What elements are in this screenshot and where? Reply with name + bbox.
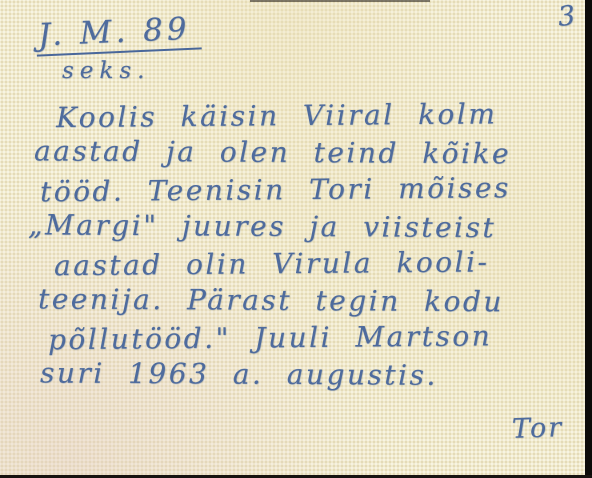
subject-label: seks.: [62, 58, 150, 84]
text-line-4: „Margi" juures ja viisteist: [26, 206, 582, 246]
text-line-7: põllutööd." Juuli Martson: [26, 317, 582, 359]
scanned-manuscript-card: J. M. 89 3 seks. Koolis käisin Viiral ko…: [0, 0, 592, 478]
handwritten-text-block: Koolis käisin Viiral kolm aastad ja olen…: [26, 97, 582, 393]
text-line-6: teenija. Pärast tegin kodu: [26, 280, 582, 320]
text-line-1: Koolis käisin Viiral kolm: [26, 95, 582, 137]
scan-edge-top: [250, 0, 430, 2]
scan-edge-right: [585, 0, 592, 478]
archive-code: J. M. 89: [35, 10, 201, 56]
page-number: 3: [556, 0, 576, 33]
text-line-5: aastad olin Virula kooli-: [26, 243, 582, 285]
text-line-3: tööd. Teenisin Tori mõises: [26, 169, 582, 211]
text-line-2: aastad ja olen teind kõike: [26, 132, 582, 172]
text-line-8: suri 1963 a. augustis.: [26, 354, 582, 394]
signature: Tor: [511, 412, 563, 445]
